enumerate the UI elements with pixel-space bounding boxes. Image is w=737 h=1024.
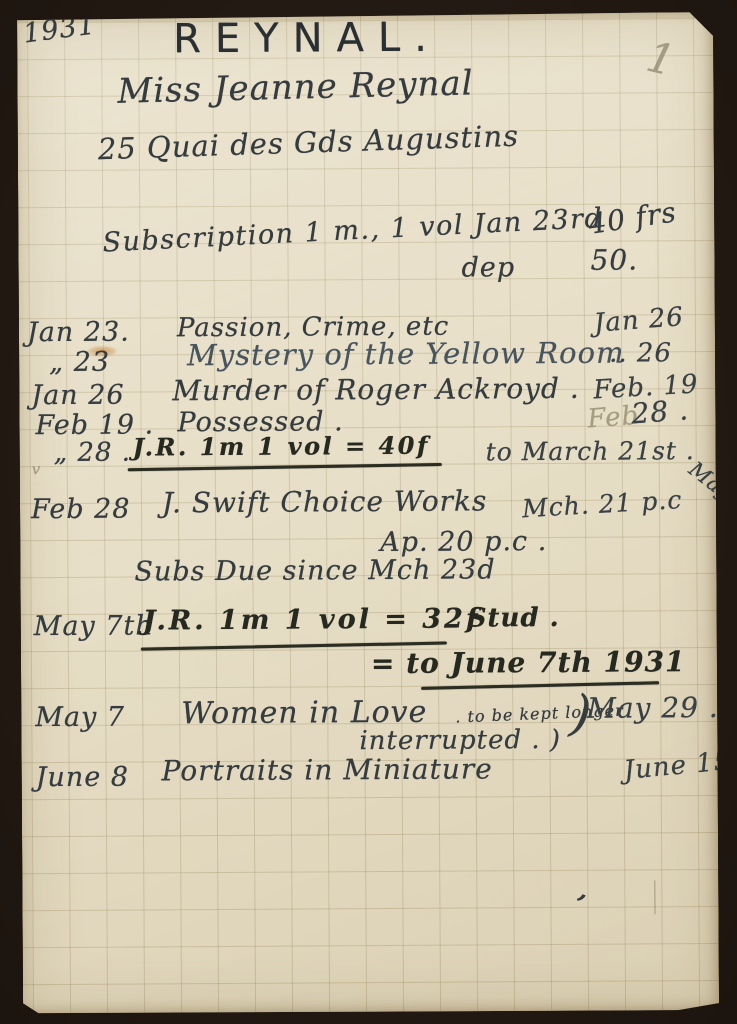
entry-date: May 7: [35, 704, 125, 732]
ink-underline: [128, 463, 442, 471]
entry-annotation-2: interrupted . ): [359, 727, 561, 754]
entry-title: J. Swift Choice Works: [162, 487, 488, 517]
entry-title: Portraits in Miniature: [162, 755, 493, 785]
library-card: 1931 REYNAL. 1 Miss Jeanne Reynal 25 Qua…: [17, 12, 719, 1014]
entry-return-date: .. 26: [609, 340, 672, 366]
entry-title: Women in Love: [181, 698, 427, 730]
entry-date: „ 23: [49, 349, 110, 376]
entry-date: Feb 28: [31, 496, 131, 524]
entry-date: Jan 23.: [27, 319, 130, 347]
note-subs-due: Subs Due since Mch 23d: [134, 556, 495, 585]
renewal-entry: J.R. 1m 1 vol = 32f: [143, 605, 481, 634]
entry-return-date: to March 21st .: [486, 438, 695, 464]
entry-title: Murder of Roger Ackroyd .: [172, 375, 580, 405]
entry-return-date: Jan 26: [593, 304, 685, 337]
entry-return-date-2: May 7: [685, 458, 737, 518]
card-title: REYNAL.: [173, 18, 441, 60]
entry-date: June 8: [36, 764, 130, 792]
ink-underline: [421, 681, 659, 690]
paper-scratch: [654, 880, 655, 914]
member-address: 25 Quai des Gds Augustins: [97, 122, 519, 165]
subscription-line: Subscription 1 m., 1 vol Jan 23rd: [102, 205, 604, 257]
note-june-renewal: = to June 7th 1931: [371, 648, 686, 678]
entry-return-date: Mch. 21 p.c: [521, 487, 682, 521]
entry-note: Stud .: [468, 605, 560, 632]
entry-return-date: June 15 .: [623, 746, 737, 784]
renewal-entry: J.R. 1m 1 vol = 40f: [133, 434, 430, 460]
entry-return-date: May 29 .: [587, 694, 719, 723]
member-name: Miss Jeanne Reynal: [117, 66, 474, 108]
ink-blot: ,: [577, 878, 594, 904]
photo-background: 1931 REYNAL. 1 Miss Jeanne Reynal 25 Qua…: [0, 0, 737, 1024]
pencil-mark: 1: [643, 36, 680, 83]
deposit-label: dep: [461, 254, 515, 281]
entry-return-day: 28 .: [630, 396, 689, 428]
note-april-renewal: Ap. 20 p.c .: [380, 528, 547, 556]
deposit-amount: 50.: [590, 246, 638, 274]
check-mark: v: [32, 462, 42, 477]
entry-title: Mystery of the Yellow Room: [187, 339, 625, 371]
entry-date: Jan 26: [31, 382, 124, 410]
entry-date: „ 28 .: [54, 440, 132, 466]
year-label: 1931: [22, 11, 98, 47]
entry-date: May 7th: [34, 612, 154, 640]
